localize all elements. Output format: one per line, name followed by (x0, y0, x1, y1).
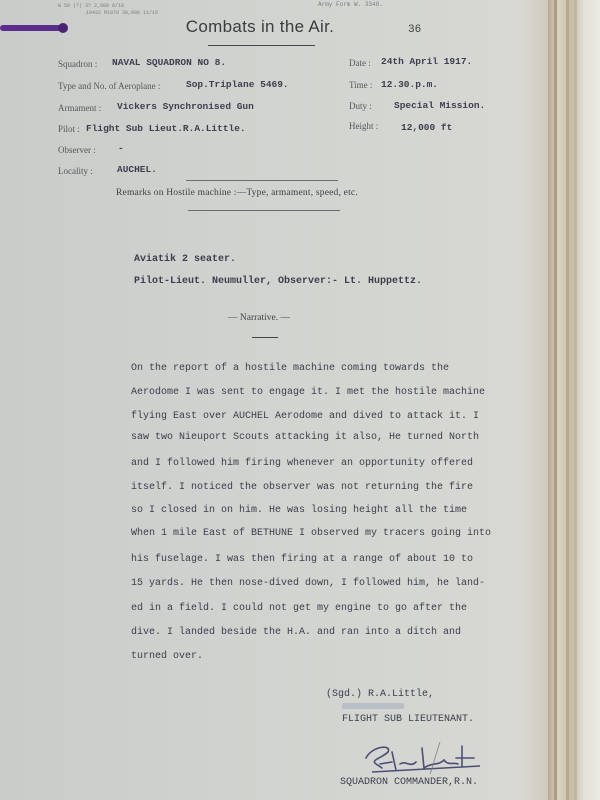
print-code-1: W 50 (?) 3? 2,000 8/16 (58, 3, 124, 9)
observer-value: - (118, 143, 124, 154)
document-page: W 50 (?) 3? 2,000 8/16 10432 M1079 30,00… (0, 0, 548, 800)
height-value: 12,000 ft (401, 122, 452, 133)
aeroplane-value: Sop.Triplane 5469. (186, 79, 289, 90)
narrative-line: turned over. (131, 651, 203, 662)
narrative-line: his fuselage. I was then firing at a ran… (131, 554, 473, 565)
armament-value: Vickers Synchronised Gun (117, 101, 254, 112)
narrative-line: ed in a field. I could not get my engine… (131, 603, 467, 614)
narrative-line: On the report of a hostile machine comin… (131, 363, 449, 374)
squadron-value: NAVAL SQUADRON NO 8. (112, 57, 226, 68)
page-number: 36 (408, 24, 421, 36)
squadron-label: Squadron : (58, 59, 97, 69)
date-label: Date : (349, 58, 371, 68)
signed-by: (Sgd.) R.A.Little, (326, 689, 434, 700)
narrative-line: flying East over AUCHEL Aerodome and div… (131, 411, 479, 422)
narrative-line: dive. I landed beside the H.A. and ran i… (131, 627, 461, 638)
hostile-crew: Pilot-Lieut. Neumuller, Observer:- Lt. H… (134, 276, 422, 287)
narrative-underline (252, 337, 278, 338)
signer-rank: FLIGHT SUB LIEUTENANT. (342, 714, 474, 725)
stacked-page-edges (548, 0, 600, 800)
armament-label: Armament : (58, 103, 101, 113)
pilot-label: Pilot : (58, 124, 80, 134)
form-number: Army Form W. 3348. (318, 1, 383, 8)
print-code-2: 10432 M1079 30,000 11/16 (86, 10, 158, 16)
hostile-type: Aviatik 2 seater. (134, 254, 236, 265)
aeroplane-label: Type and No. of Aeroplane : (58, 81, 160, 91)
narrative-line: so I closed in on him. He was losing hei… (131, 505, 467, 516)
narrative-line: saw two Nieuport Scouts attacking it als… (131, 432, 479, 443)
narrative-line: When 1 mile East of BETHUNE I observed m… (131, 528, 491, 539)
time-label: Time : (349, 80, 372, 90)
time-value: 12.30.p.m. (381, 79, 438, 90)
narrative-line: 15 yards. He then nose-dived down, I fol… (131, 578, 485, 589)
narrative-heading: — Narrative. — (228, 313, 290, 323)
duty-value: Special Mission. (394, 100, 485, 111)
commander-title: SQUADRON COMMANDER,R.N. (340, 777, 478, 788)
remarks-bottom-rule (188, 210, 340, 211)
pilot-value: Flight Sub Lieut.R.A.Little. (86, 123, 246, 134)
ink-smudge (342, 703, 404, 709)
observer-label: Observer : (58, 145, 96, 155)
locality-label: Locality : (58, 166, 93, 176)
title-underline (208, 45, 315, 46)
duty-label: Duty : (349, 101, 372, 111)
handwritten-signature (362, 740, 492, 775)
narrative-line: and I followed him firing whenever an op… (131, 458, 473, 469)
date-value: 24th April 1917. (381, 56, 472, 67)
remarks-heading: Remarks on Hostile machine :—Type, armam… (116, 188, 358, 198)
locality-value: AUCHEL. (117, 164, 157, 175)
height-label: Height : (349, 121, 378, 131)
narrative-line: itself. I noticed the observer was not r… (131, 482, 473, 493)
document-title: Combats in the Air. (0, 17, 520, 37)
narrative-line: Aerodome I was sent to engage it. I met … (131, 387, 485, 398)
remarks-top-rule (186, 180, 338, 181)
